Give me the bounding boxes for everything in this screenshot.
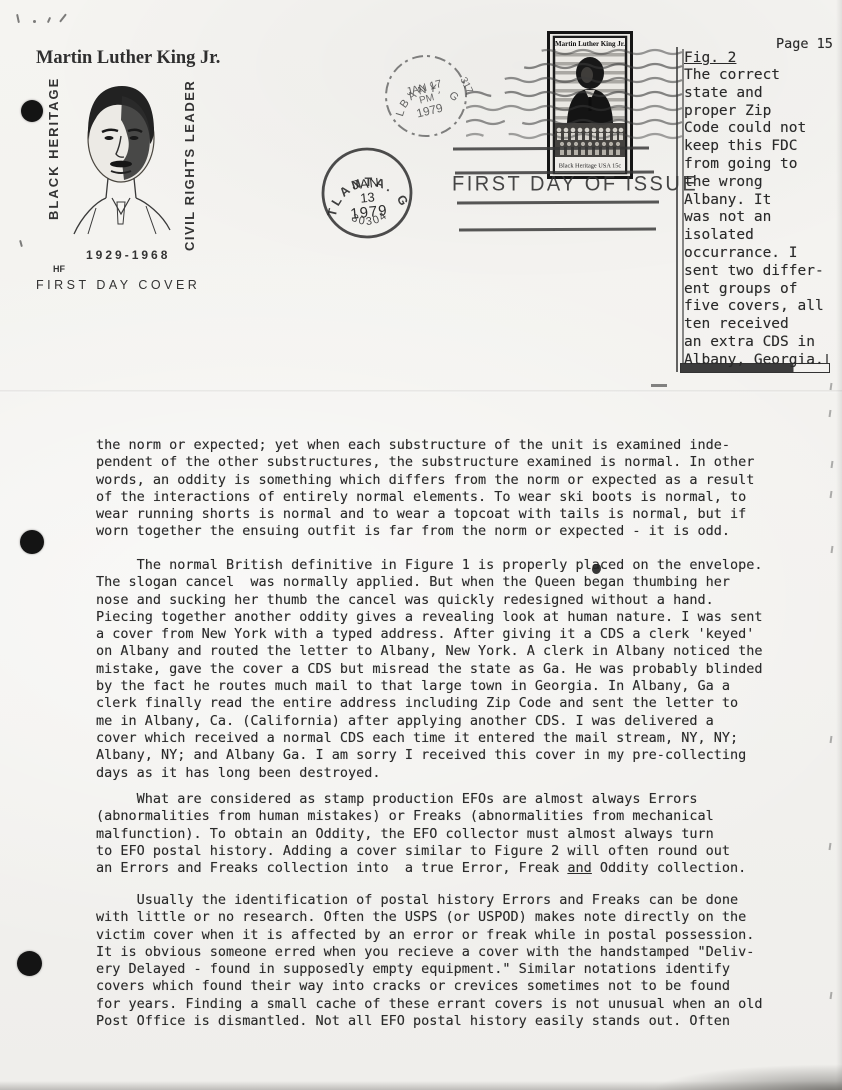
slogan-cancel-text: FIRST DAY OF ISSUE: [452, 172, 698, 197]
svg-text:ALBANY, GA: ALBANY, GA: [363, 33, 464, 126]
stray-dash: [651, 384, 667, 387]
cachet-title: Martin Luther King Jr.: [36, 47, 220, 69]
albany-arc-text: ALBANY, GA: [363, 33, 464, 126]
fold-crease: [0, 390, 842, 393]
cachet-artist-initials: HF: [53, 264, 65, 274]
cachet-years: 1929-1968: [86, 248, 170, 262]
cachet-right-vertical-text: CIVIL RIGHTS LEADER: [182, 73, 197, 251]
body-paragraph-3: What are considered as stamp production …: [96, 791, 800, 877]
corner-smudge: [652, 1064, 842, 1090]
punch-hole: [20, 530, 44, 554]
frame-left-line: [676, 47, 678, 372]
stamp-denomination: Black Heritage USA 15c: [559, 163, 622, 170]
body-paragraph-2: The normal British definitive in Figure …: [96, 557, 800, 782]
scanned-page: Martin Luther King Jr. BLACK HERITAGE CI…: [0, 0, 842, 1090]
cachet-left-vertical-text: BLACK HERITAGE: [46, 76, 61, 220]
machine-cancel-wavy-lines: [466, 42, 688, 152]
paragraph-3-text-end: Oddity collection.: [592, 860, 746, 876]
atlanta-postmark: ATLANTA. GA 30304 JAN 13 1979: [309, 135, 425, 251]
punch-hole: [21, 100, 43, 122]
body-paragraph-1: the norm or expected; yet when each subs…: [96, 437, 800, 541]
mlk-portrait-sketch: [66, 74, 178, 242]
body-paragraph-4: Usually the identification of postal his…: [96, 892, 800, 1030]
figure-label: Fig. 2: [684, 50, 736, 66]
cachet-caption: FIRST DAY COVER: [36, 278, 200, 292]
punch-hole: [17, 951, 42, 976]
page-number: Page 15: [776, 36, 833, 52]
paragraph-3-underlined-word: and: [567, 860, 591, 876]
cancel-bar: [459, 227, 656, 231]
figure-caption: The correct state and proper Zip Code co…: [684, 67, 842, 370]
cancel-bar: [457, 200, 659, 204]
